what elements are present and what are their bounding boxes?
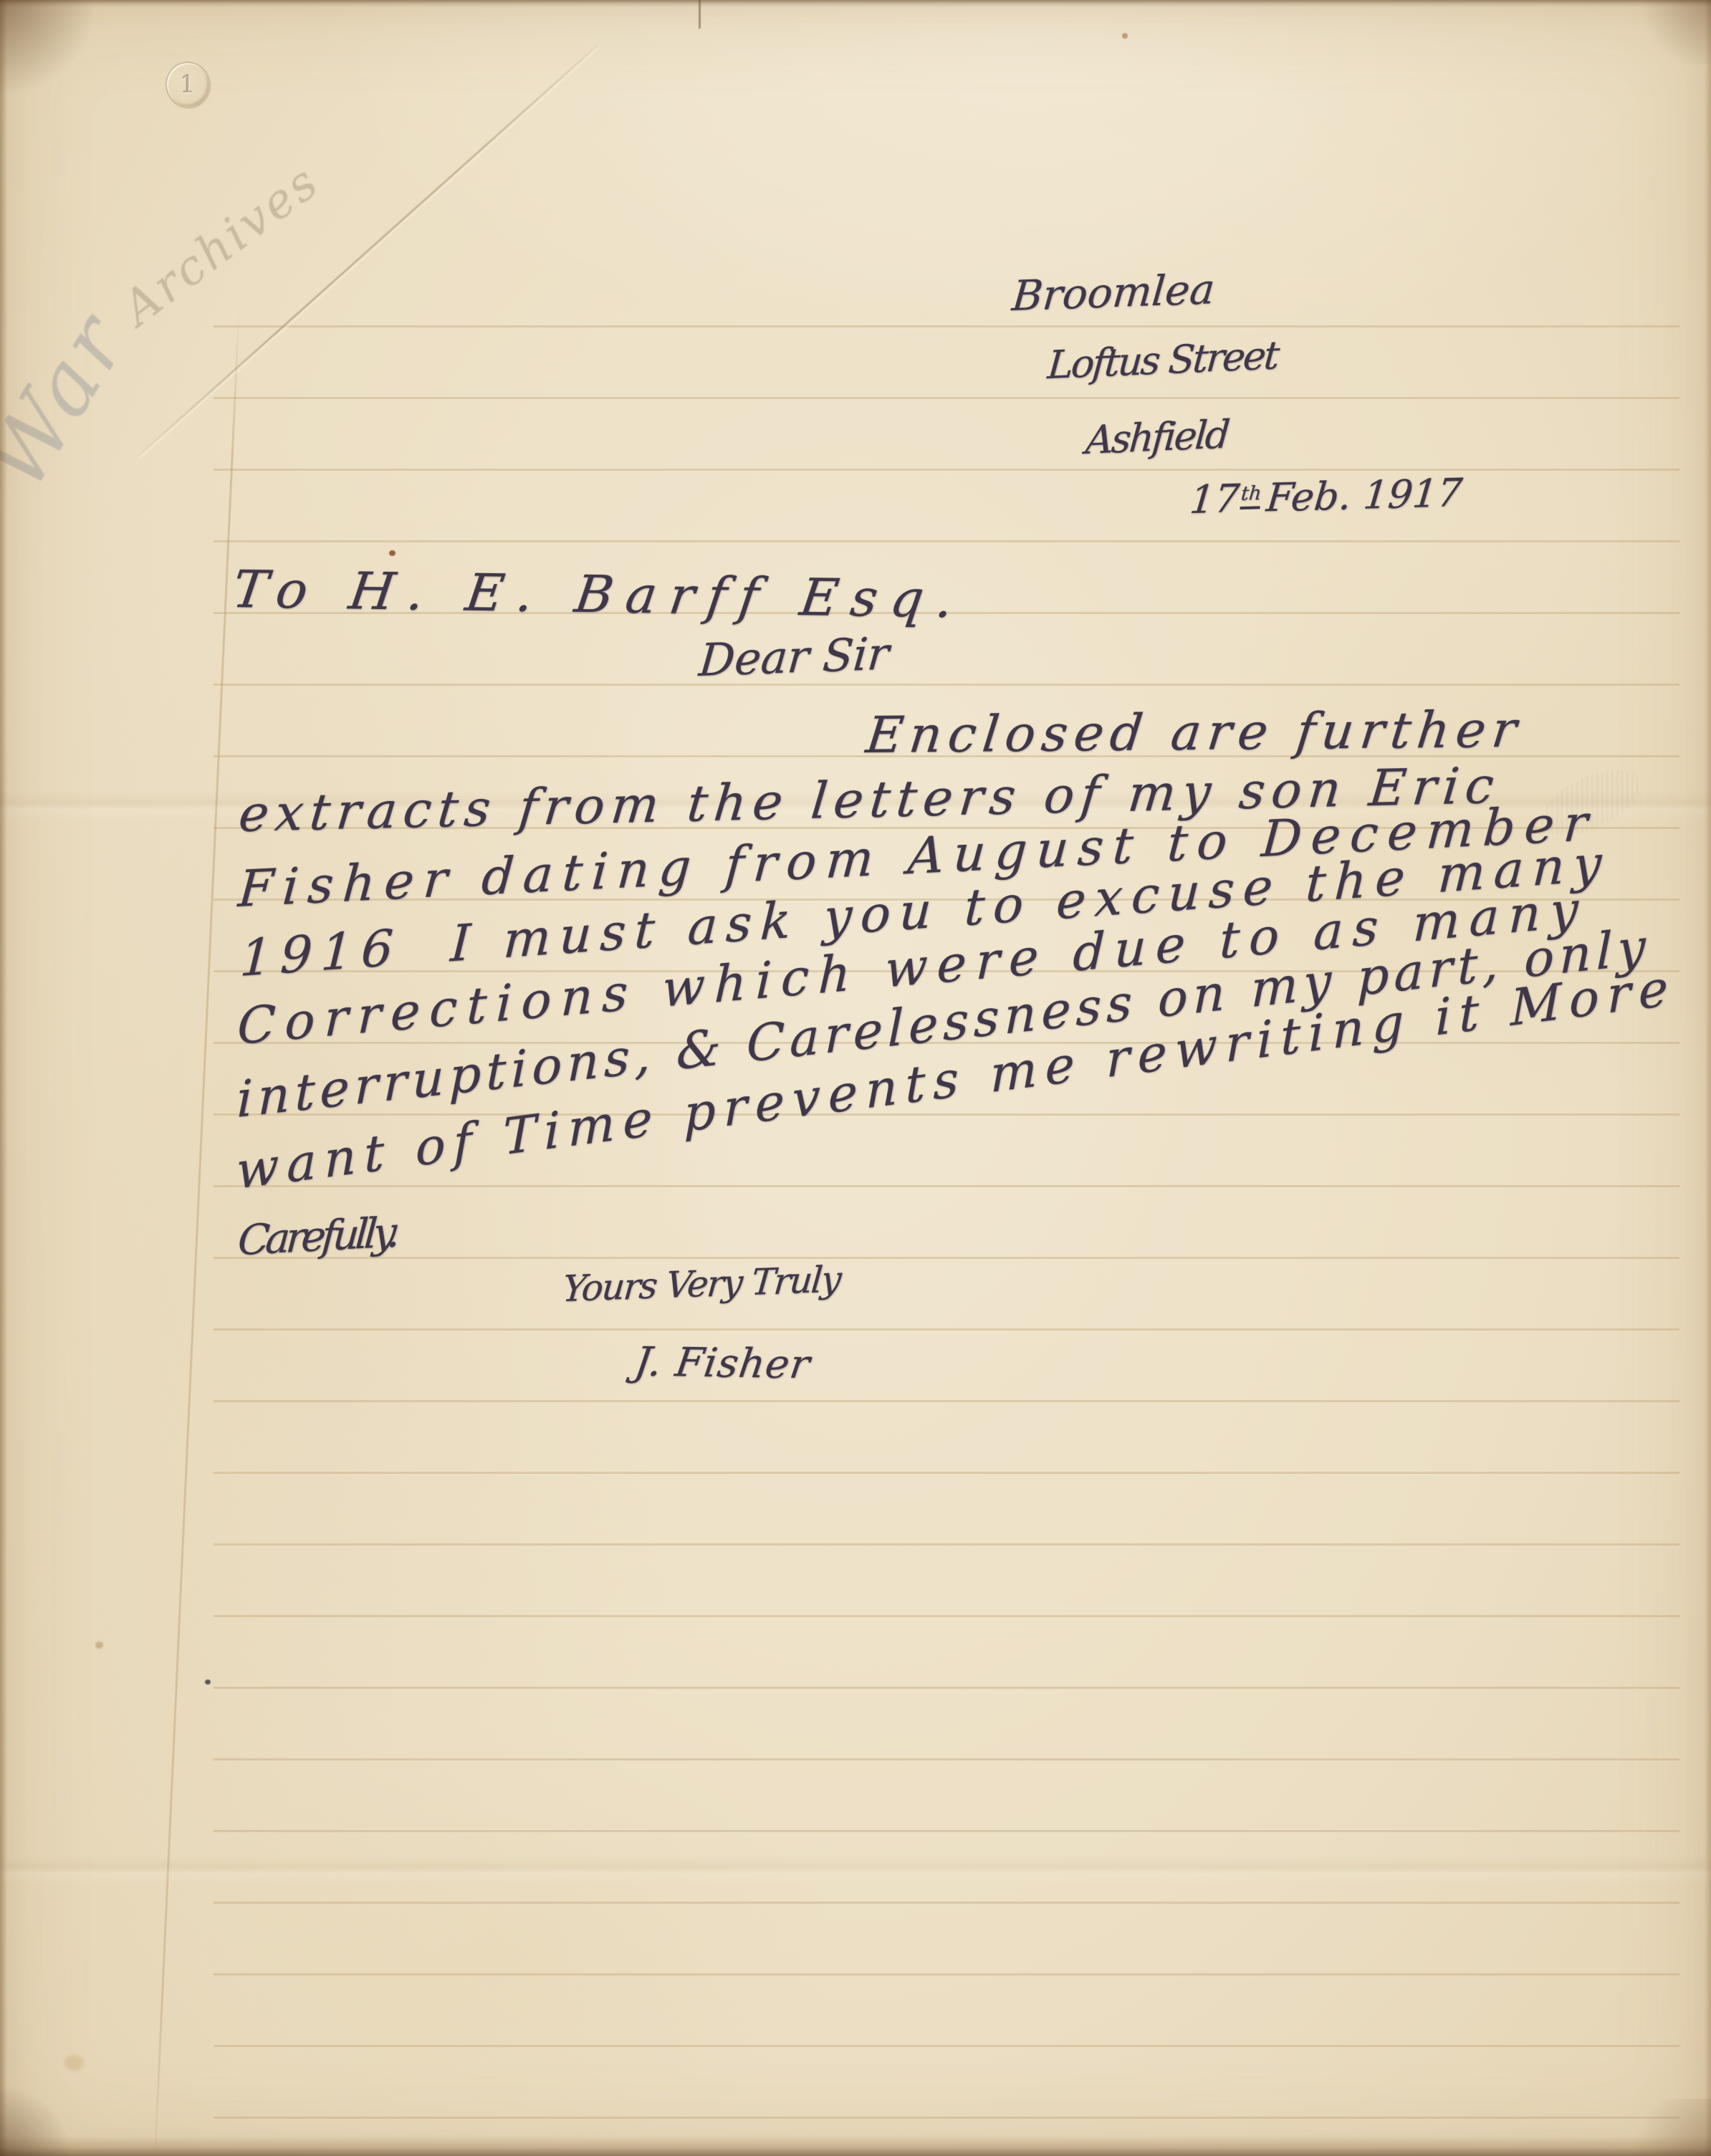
paper-vignette <box>0 0 1711 2156</box>
corner-wear-top-left <box>0 0 93 107</box>
paper-edge-nick <box>699 0 701 29</box>
corner-wear-bottom-right <box>1618 2099 1711 2156</box>
corner-wear-top-right <box>1632 0 1711 64</box>
paper-edge-bottom <box>0 2136 1711 2156</box>
corner-wear-bottom-left <box>0 2084 72 2156</box>
paper-edge-top <box>0 0 1711 7</box>
paper-edge-right <box>1705 0 1711 2156</box>
paper-edge-left <box>0 0 7 2156</box>
scanned-letter-page: 1 War Archives Broomlea Loftus Street As… <box>0 0 1711 2156</box>
